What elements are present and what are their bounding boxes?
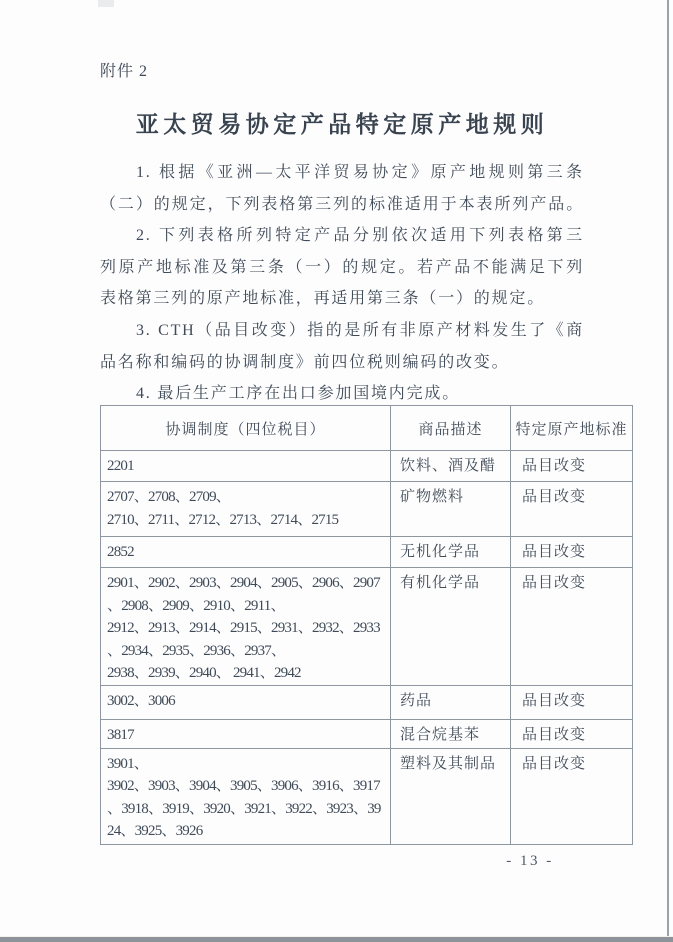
header-origin-criterion: 特定原产地标准 [511,406,633,451]
attachment-label: 附件 2 [100,58,148,81]
origin-criterion-cell: 品目改变 [511,568,633,686]
scan-artifact-top [98,0,114,7]
document-page: 附件 2 亚太贸易协定产品特定原产地规则 1. 根据《亚洲—太平洋贸易协定》原产… [0,0,673,942]
origin-criterion-cell: 品目改变 [511,685,633,719]
product-description-cell: 矿物燃料 [391,482,511,537]
origin-criterion-cell: 品目改变 [511,719,633,748]
paragraph-line: 列原产地标准及第三条（一）的规定。若产品不能满足下列 [100,252,584,284]
table-row: 2707、2708、2709、 2710、2711、2712、2713、2714… [101,482,633,537]
hs-codes-cell: 3901、 3902、3903、3904、3905、3906、3916、3917… [101,748,391,844]
doc-paragraphs: 1. 根据《亚洲—太平洋贸易协定》原产地规则第三条（二）的规定，下列表格第三列的… [100,157,584,410]
paragraph: 2. 下列表格所列特定产品分别依次适用下列表格第三列原产地标准及第三条（一）的规… [100,220,584,315]
table-row: 2201 饮料、酒及醋 品目改变 [101,451,633,482]
header-hs-codes: 协调制度（四位税目） [101,406,391,451]
hs-codes-cell: 3817 [101,719,391,748]
table-row: 2852 无机化学品 品目改变 [101,537,633,568]
product-description-cell: 无机化学品 [391,537,511,568]
origin-criterion-cell: 品目改变 [511,451,633,482]
hs-codes-cell: 3002、3006 [101,685,391,719]
paragraph: 1. 根据《亚洲—太平洋贸易协定》原产地规则第三条（二）的规定，下列表格第三列的… [100,157,584,220]
rules-of-origin-table: 协调制度（四位税目） 商品描述 特定原产地标准 2201 饮料、酒及醋 品目改变… [100,405,633,845]
paragraph-line: 品名称和编码的协调制度》前四位税则编码的改变。 [100,347,584,379]
product-description-cell: 药品 [391,685,511,719]
page-title: 亚太贸易协定产品特定原产地规则 [100,106,584,139]
origin-criterion-cell: 品目改变 [511,748,633,844]
product-description-cell: 饮料、酒及醋 [391,451,511,482]
origin-criterion-cell: 品目改变 [511,537,633,568]
hs-codes-cell: 2201 [101,451,391,482]
paragraph-line: 2. 下列表格所列特定产品分别依次适用下列表格第三 [100,220,584,252]
paragraph-line: 1. 根据《亚洲—太平洋贸易协定》原产地规则第三条 [100,157,584,189]
product-description-cell: 塑料及其制品 [391,748,511,844]
table-row: 3002、3006 药品 品目改变 [101,685,633,719]
header-product-description: 商品描述 [391,406,511,451]
product-description-cell: 有机化学品 [391,568,511,686]
paragraph: 3. CTH（品目改变）指的是所有非原产材料发生了《商品名称和编码的协调制度》前… [100,315,584,378]
paragraph-line: 表格第三列的原产地标准，再适用第三条（一）的规定。 [100,283,584,315]
page-number: - 13 - [490,853,570,870]
hs-codes-cell: 2707、2708、2709、 2710、2711、2712、2713、2714… [101,482,391,537]
product-description-cell: 混合烷基苯 [391,719,511,748]
table-row: 3817 混合烷基苯 品目改变 [101,719,633,748]
hs-codes-cell: 2901、2902、2903、2904、2905、2906、2907 、2908… [101,568,391,686]
table-row: 2901、2902、2903、2904、2905、2906、2907 、2908… [101,568,633,686]
scan-edge-bottom [0,936,673,942]
table-header-row: 协调制度（四位税目） 商品描述 特定原产地标准 [101,406,633,451]
paragraph-line: 3. CTH（品目改变）指的是所有非原产材料发生了《商 [100,315,584,347]
paragraph-line: （二）的规定，下列表格第三列的标准适用于本表所列产品。 [100,189,584,221]
origin-criterion-cell: 品目改变 [511,482,633,537]
rules-table-body: 2201 饮料、酒及醋 品目改变 2707、2708、2709、 2710、27… [101,451,633,845]
scan-edge-right [667,0,669,936]
hs-codes-cell: 2852 [101,537,391,568]
table-row: 3901、 3902、3903、3904、3905、3906、3916、3917… [101,748,633,844]
